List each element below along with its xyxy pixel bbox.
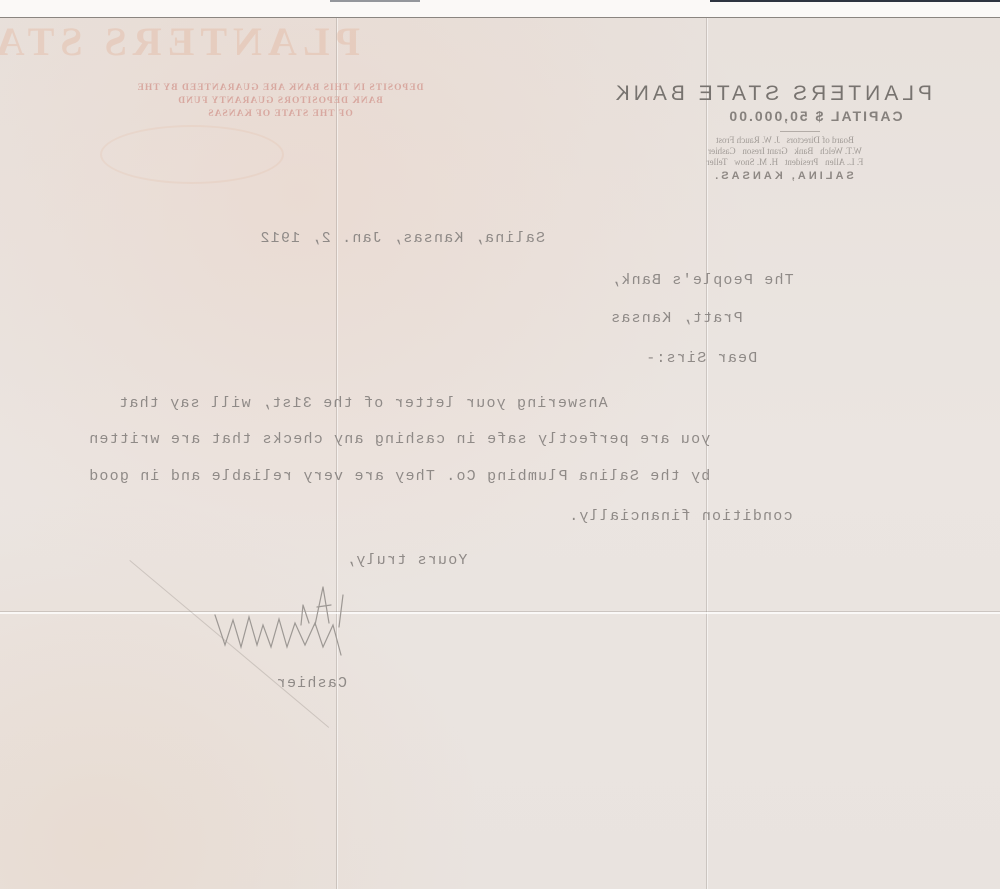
body-line: Answering your letter of the 31st, will … <box>118 395 698 412</box>
director-line: Board of Directors J. W. Rauch Frost <box>640 135 930 145</box>
body-line: condition financially. <box>568 508 823 525</box>
guarantee-notice-line: DEPOSITS IN THIS BANK ARE GUARANTEED BY … <box>70 83 490 93</box>
body-line: by the Salina Plumbing Co. They are very… <box>88 468 823 485</box>
signature <box>205 575 355 675</box>
bank-name: PLANTERS STATE BANK <box>632 82 932 106</box>
dateline: Salina, Kansas, Jan. 2, 1912 <box>205 230 545 247</box>
fold-line <box>0 612 1000 614</box>
director-line: F. L. Allen President H. M. Snow Teller <box>640 157 930 167</box>
signer-title: Cashier <box>262 675 347 692</box>
bank-capital: CAPITAL $ 50,000.00 <box>700 108 930 124</box>
faded-stamp <box>100 125 284 184</box>
header-rule <box>780 131 820 132</box>
guarantee-notice-line: BANK DEPOSITORS GUARANTY FUND <box>70 96 490 106</box>
body-line: you are perfectly safe in cashing any ch… <box>88 431 823 448</box>
closing: Yours truly, <box>345 552 485 569</box>
salutation: Dear Sirs:- <box>645 350 825 367</box>
fold-line <box>336 18 337 889</box>
recipient-line: Pratt, Kansas <box>610 310 825 327</box>
recipient-line: The People's Bank, <box>610 272 825 289</box>
scan-top-edge <box>0 0 1000 18</box>
director-line: W.T. Welch Bank Grant Ireson Cashier <box>640 146 930 156</box>
faded-letterhead-title: PLANTERS STATE <box>130 18 360 63</box>
guarantee-notice-line: OF THE STATE OF KANSAS <box>70 109 490 119</box>
bank-city: SALINA, KANSAS. <box>708 170 858 182</box>
